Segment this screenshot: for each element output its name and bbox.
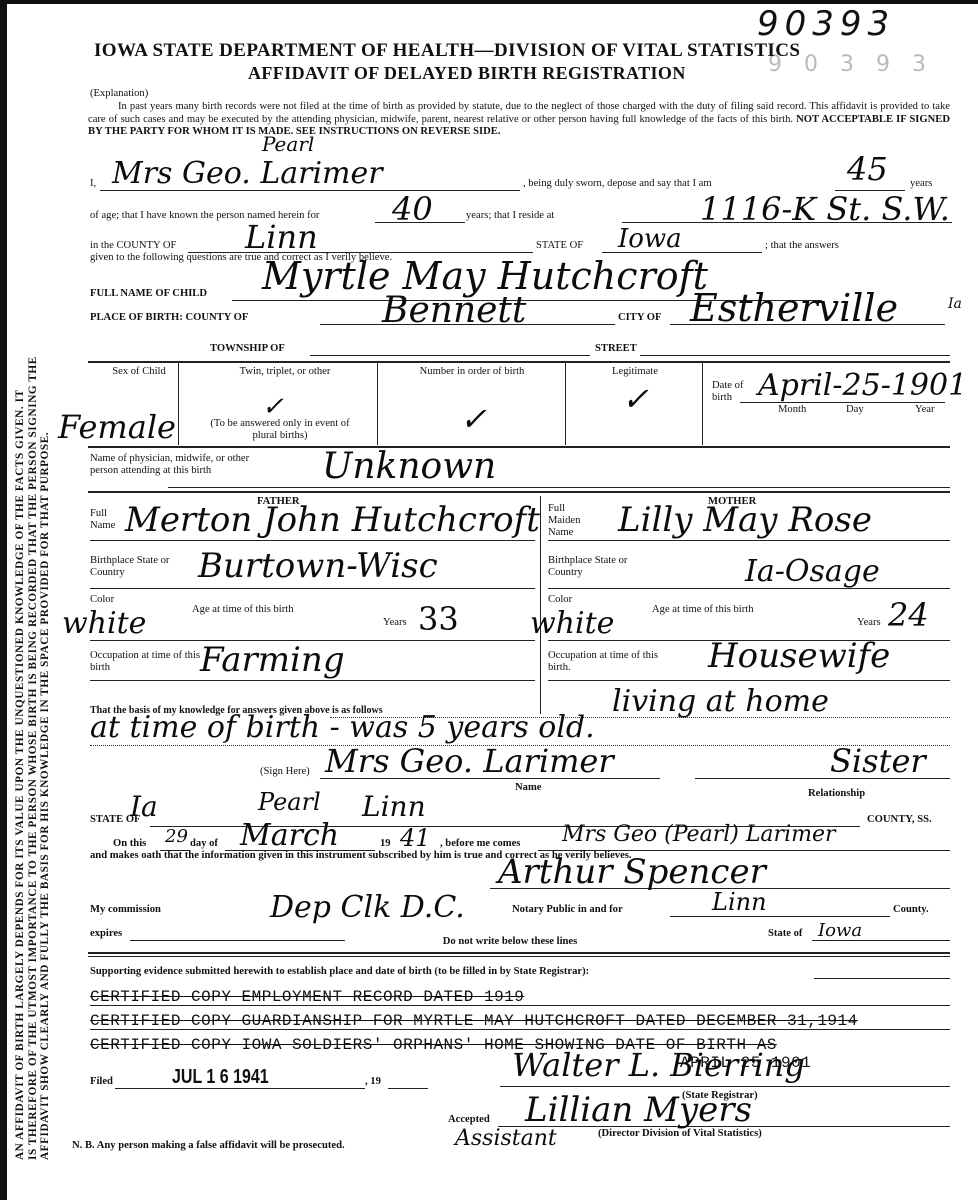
father-birthplace-line <box>90 588 535 589</box>
evidence-label: Supporting evidence submitted herewith t… <box>90 966 589 977</box>
mother-occupation-line <box>548 680 950 681</box>
day-caption: Day <box>846 404 864 415</box>
place-of-birth-label: PLACE OF BIRTH: COUNTY OF <box>90 312 248 323</box>
name-caption: Name <box>515 782 541 793</box>
township-line <box>310 355 590 356</box>
side-note-line-3: AFFIDAVIT SHOW CLEARLY AND FULLY THE BAS… <box>39 70 52 1160</box>
affiant-sworn-text: , being duly sworn, depose and say that … <box>523 178 712 189</box>
father-name-label: Full Name <box>90 508 130 532</box>
mother-birthplace[interactable]: Ia-Osage <box>745 554 880 589</box>
page-title: IOWA STATE DEPARTMENT OF HEALTH—DIVISION… <box>94 40 800 62</box>
county-ss-label: COUNTY, SS. <box>867 814 932 825</box>
dob-label: Date of birth <box>712 380 752 404</box>
evidence-line-2 <box>90 1029 950 1030</box>
mother-name-label: Full Maiden Name <box>548 503 598 539</box>
years-label: years <box>910 178 932 189</box>
scan-edge-left <box>0 0 7 1200</box>
section-rule <box>88 491 950 493</box>
affiant-name[interactable]: Mrs Geo. Larimer <box>112 156 383 191</box>
known-years[interactable]: 40 <box>392 190 433 228</box>
side-note-line-1: AN AFFIDAVIT OF BIRTH LARGELY DEPENDS FO… <box>14 70 27 1160</box>
date-of-birth[interactable]: April-25-1901 <box>758 368 967 403</box>
affiant-age[interactable]: 45 <box>847 150 888 188</box>
father-occupation-line <box>90 680 535 681</box>
twin-label: Twin, triplet, or other <box>230 366 340 378</box>
notary-state-of[interactable]: Iowa <box>818 920 862 941</box>
col-divider <box>178 363 179 445</box>
year-caption: Year <box>915 404 935 415</box>
township-label: TOWNSHIP OF <box>210 343 285 354</box>
mother-years-label: Years <box>857 617 881 628</box>
father-birthplace-label: Birthplace State or Country <box>90 555 190 579</box>
child-name-label: FULL NAME OF CHILD <box>90 288 207 299</box>
notary-county-line <box>670 916 890 917</box>
notary-public-county[interactable]: Linn <box>712 888 767 916</box>
notary-pearl: Pearl <box>258 788 321 816</box>
father-name-line <box>90 540 535 541</box>
knowledge-value-1[interactable]: living at home <box>612 684 829 719</box>
notary-county[interactable]: Linn <box>362 790 426 823</box>
mother-occupation[interactable]: Housewife <box>708 636 890 676</box>
attendant-label: Name of physician, midwife, or other per… <box>90 453 250 477</box>
father-age-label: Age at time of this birth <box>192 604 302 615</box>
on-this-label: On this <box>113 838 146 849</box>
relationship-value[interactable]: Sister <box>830 742 926 780</box>
mother-name[interactable]: Lilly May Rose <box>618 500 872 540</box>
city-label: CITY OF <box>618 312 661 323</box>
birth-county[interactable]: Bennett <box>382 290 526 331</box>
reside-text: years; that I reside at <box>466 210 554 221</box>
notary-day[interactable]: 29 <box>165 826 188 847</box>
sign-here-label: (Sign Here) <box>260 766 310 777</box>
affiant-address[interactable]: 1116-K St. S.W. <box>700 190 950 228</box>
section-rule <box>88 446 950 448</box>
affiant-state[interactable]: Iowa <box>618 224 682 254</box>
footer-note: N. B. Any person making a false affidavi… <box>72 1140 345 1151</box>
director-caption: (Director Division of Vital Statistics) <box>598 1128 762 1139</box>
child-sex[interactable]: Female <box>58 408 176 446</box>
do-not-write-label: Do not write below these lines <box>410 936 610 947</box>
commission-value[interactable]: Dep Clk D.C. <box>270 890 465 925</box>
evidence-item-1: CERTIFIED COPY EMPLOYMENT RECORD DATED 1… <box>90 988 524 1006</box>
relationship-caption: Relationship <box>808 788 865 799</box>
affiant-signature[interactable]: Mrs Geo. Larimer <box>325 742 614 780</box>
county-label: in the COUNTY OF <box>90 240 176 251</box>
parent-divider <box>540 496 541 714</box>
answers-text: ; that the answers <box>765 240 839 251</box>
year-prefix: 19 <box>380 838 391 849</box>
col-divider <box>702 363 703 445</box>
affiant-county[interactable]: Linn <box>245 218 318 256</box>
filed-date-stamp: JUL 1 6 1941 <box>172 1066 269 1089</box>
father-birthplace[interactable]: Burtown-Wisc <box>198 546 438 586</box>
street-line <box>640 355 950 356</box>
legitimate-label: Legitimate <box>590 366 680 377</box>
mother-age-label: Age at time of this birth <box>652 604 762 615</box>
birth-city[interactable]: Estherville <box>690 286 898 330</box>
accepted-note: Assistant <box>455 1126 557 1151</box>
registrar-signature-line <box>500 1086 950 1087</box>
side-note-line-2: IS THEREFORE OF THE UTMOST IMPORTANCE TO… <box>27 70 40 1160</box>
before-me-label: , before me comes <box>440 838 520 849</box>
twin-note: (To be answered only in event of plural … <box>200 418 360 442</box>
evidence-label-line <box>814 978 950 979</box>
filed-19-line <box>388 1088 428 1089</box>
month-caption: Month <box>778 404 806 415</box>
commission-label: My commission <box>90 904 161 915</box>
mother-color-label: Color <box>548 594 572 605</box>
page-subtitle: AFFIDAVIT OF DELAYED BIRTH REGISTRATION <box>248 63 686 84</box>
notary-month[interactable]: March <box>240 818 339 853</box>
affiant-name-annotation: Pearl <box>262 132 314 156</box>
form-number-stamp: 90393 <box>757 4 895 44</box>
registrar-signature: Walter L. Bierring <box>512 1046 805 1084</box>
mother-birthplace-label: Birthplace State or Country <box>548 555 648 579</box>
notary-state[interactable]: Ia <box>130 790 158 823</box>
explanation-text: In past years many birth records were no… <box>88 101 950 139</box>
evidence-item-2: CERTIFIED COPY GUARDIANSHIP FOR MYRTLE M… <box>90 1012 858 1030</box>
order-label: Number in order of birth <box>412 366 532 378</box>
day-of-label: day of <box>190 838 218 849</box>
filed-label: Filed <box>90 1076 113 1087</box>
mother-name-line <box>548 540 950 541</box>
father-name[interactable]: Merton John Hutchcroft <box>125 500 540 540</box>
col-divider <box>377 363 378 445</box>
father-occupation-label: Occupation at time of this birth <box>90 650 210 674</box>
street-label: STREET <box>595 343 637 354</box>
col-divider <box>565 363 566 445</box>
side-note: AN AFFIDAVIT OF BIRTH LARGELY DEPENDS FO… <box>14 70 52 1160</box>
attendant-line <box>168 487 950 488</box>
accepted-signature: Lillian Myers <box>525 1090 752 1130</box>
state-label: STATE OF <box>536 240 583 251</box>
county-suffix: County. <box>893 904 929 915</box>
accepted-label: Accepted <box>448 1114 490 1125</box>
section-rule <box>88 361 950 363</box>
mother-color[interactable]: white <box>530 606 614 641</box>
father-occupation[interactable]: Farming <box>200 640 345 680</box>
expires-label: expires <box>90 928 122 939</box>
sex-label: Sex of Child <box>100 366 178 378</box>
father-color[interactable]: white <box>62 606 146 641</box>
affiant-prefix: I, <box>90 178 96 189</box>
expires-line <box>130 940 345 941</box>
birth-city-state: Ia <box>948 296 962 312</box>
notary-public-label: Notary Public in and for <box>512 904 623 915</box>
legitimate-value[interactable]: ✓ <box>622 380 649 418</box>
father-color-label: Color <box>90 594 114 605</box>
attendant-value[interactable]: Unknown <box>322 446 496 487</box>
notary-signature[interactable]: Arthur Spencer <box>498 852 766 892</box>
comes-name[interactable]: Mrs Geo (Pearl) Larimer <box>562 822 836 847</box>
section-rule <box>88 952 950 954</box>
notary-year[interactable]: 41 <box>400 824 431 852</box>
section-rule <box>88 956 950 957</box>
father-years-label: Years <box>383 617 407 628</box>
filed-19: , 19 <box>365 1076 381 1087</box>
order-value[interactable]: ✓ <box>460 400 487 438</box>
knowledge-value-2[interactable]: at time of birth - was 5 years old. <box>90 710 595 745</box>
state-of-label: State of <box>768 928 802 939</box>
mother-occupation-label: Occupation at time of this birth. <box>548 650 668 674</box>
explanation-label: (Explanation) <box>90 88 148 99</box>
father-age[interactable]: 33 <box>418 600 459 638</box>
mother-age[interactable]: 24 <box>888 596 929 634</box>
evidence-line-1 <box>90 1005 950 1006</box>
